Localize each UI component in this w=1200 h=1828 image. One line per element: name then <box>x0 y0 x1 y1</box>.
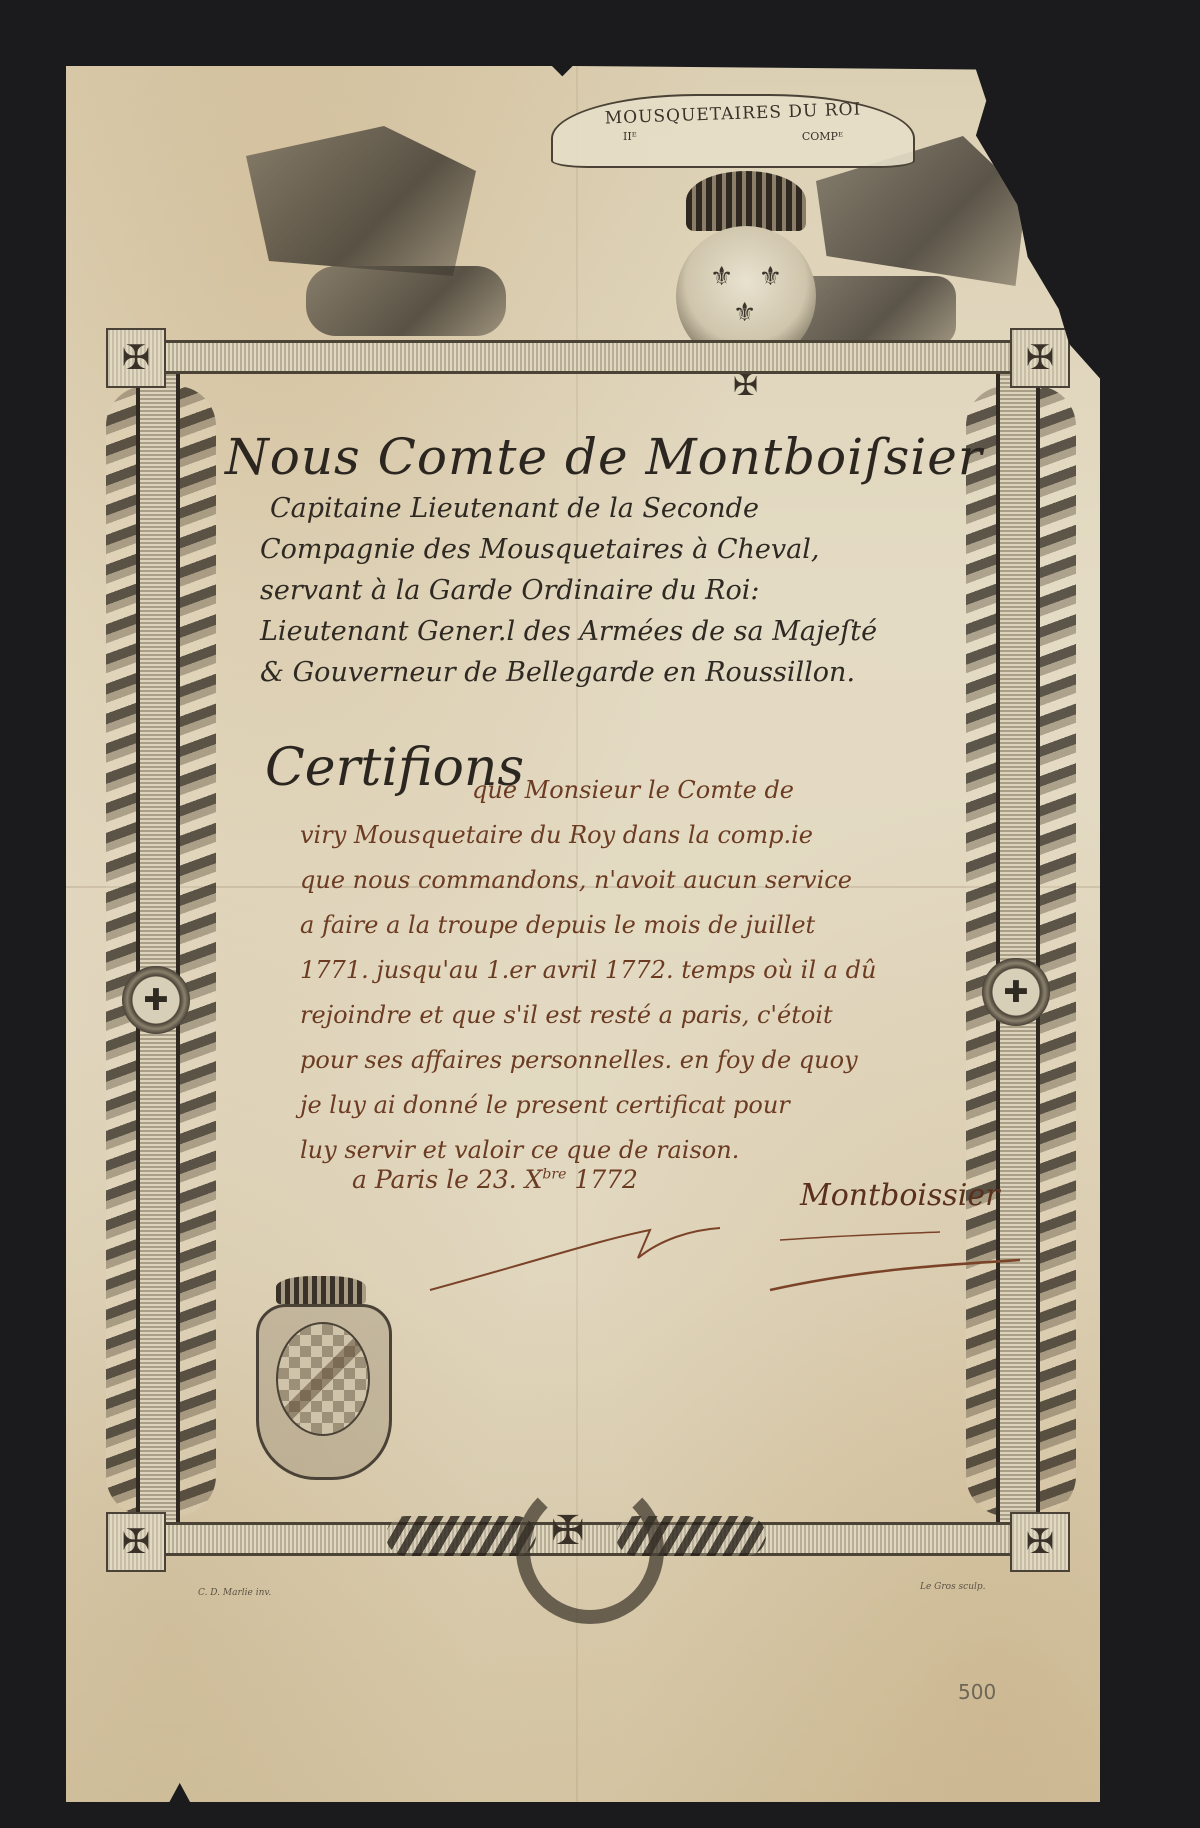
dateline-superscript: bre <box>542 1167 566 1183</box>
coat-of-arms-icon <box>246 1276 396 1476</box>
flags-trophy-left-icon <box>246 126 476 276</box>
frame-column-right <box>996 374 1040 1522</box>
manuscript-line: je luy ai donné le present certificat po… <box>300 1083 1000 1128</box>
title-line: Compagnie des Mousquetaires à Cheval, <box>260 529 960 570</box>
pen-flourish-icon <box>420 1220 1060 1300</box>
manuscript-line: viry Mousquetaire du Roy dans la comp.ie <box>300 813 1000 858</box>
maltese-cross-icon: ✠ <box>1010 1512 1070 1572</box>
banner-title: MOUSQUETAIRES DU ROI <box>553 98 913 131</box>
drum-cannon-icon <box>306 266 506 336</box>
manuscript-line: que nous commandons, n'avoit aucun servi… <box>300 858 1000 903</box>
engraver-credit: Le Gros sculp. <box>920 1582 986 1592</box>
manuscript-line: pour ses affaires personnelles. en foy d… <box>300 1038 1000 1083</box>
designer-credit: C. D. Marlie inv. <box>198 1588 271 1598</box>
banner-sub-right: COMPᴱ <box>802 130 843 143</box>
frame-top-bar <box>128 340 1038 374</box>
title-line: servant à la Garde Ordinaire du Roi: <box>260 570 960 611</box>
banner-sub-left: IIᴱ <box>623 130 637 143</box>
fleur-de-lis-icon: ⚜ <box>733 298 756 328</box>
royal-crown-icon <box>686 171 806 231</box>
manuscript-line: que Monsieur le Comte de <box>300 768 1000 813</box>
header-engraving: MOUSQUETAIRES DU ROI IIᴱ COMPᴱ ⚜ ⚜ ⚜ ✠ <box>156 76 1016 376</box>
dateline: a Paris le 23. Xbre 1772 <box>352 1165 638 1194</box>
dateline-year: 1772 <box>574 1165 638 1194</box>
frame-column-left <box>136 374 180 1522</box>
engraved-titles: Capitaine Lieutenant de la Seconde Compa… <box>260 488 960 693</box>
fleur-de-lis-icon: ⚜ <box>710 262 733 292</box>
engraved-heading: Nous Comte de Montboiſsier <box>225 428 985 486</box>
maltese-cross-icon: ✠ <box>106 328 166 388</box>
maltese-cross-icon: ✠ <box>551 1508 585 1554</box>
fleur-de-lis-icon: ⚜ <box>759 262 782 292</box>
cross-medallion-icon: ✚ <box>122 966 190 1034</box>
title-line: Lieutenant Gener.l des Armées de sa Maje… <box>260 611 960 652</box>
coronet-icon <box>276 1276 366 1304</box>
maltese-cross-icon: ✠ <box>106 1512 166 1572</box>
inventory-number: 500 <box>958 1680 996 1704</box>
heraldic-shield-icon <box>276 1322 370 1436</box>
title-line: Capitaine Lieutenant de la Seconde <box>260 488 960 529</box>
signature: Montboissier <box>800 1178 1000 1213</box>
wreath-cross-icon: ✠ <box>406 1466 746 1616</box>
manuscript-line: a faire a la troupe depuis le mois de ju… <box>300 903 1000 948</box>
regiment-banner: MOUSQUETAIRES DU ROI IIᴱ COMPᴱ <box>551 94 915 168</box>
manuscript-body: que Monsieur le Comte de viry Mousquetai… <box>300 768 1000 1173</box>
manuscript-line: 1771. jusqu'au 1.er avril 1772. temps où… <box>300 948 1000 993</box>
maltese-cross-icon: ✠ <box>1010 328 1070 388</box>
title-line: & Gouverneur de Bellegarde en Roussillon… <box>260 652 960 693</box>
manuscript-line: rejoindre et que s'il est resté a paris,… <box>300 993 1000 1038</box>
dateline-text: a Paris le 23. X <box>352 1165 542 1194</box>
